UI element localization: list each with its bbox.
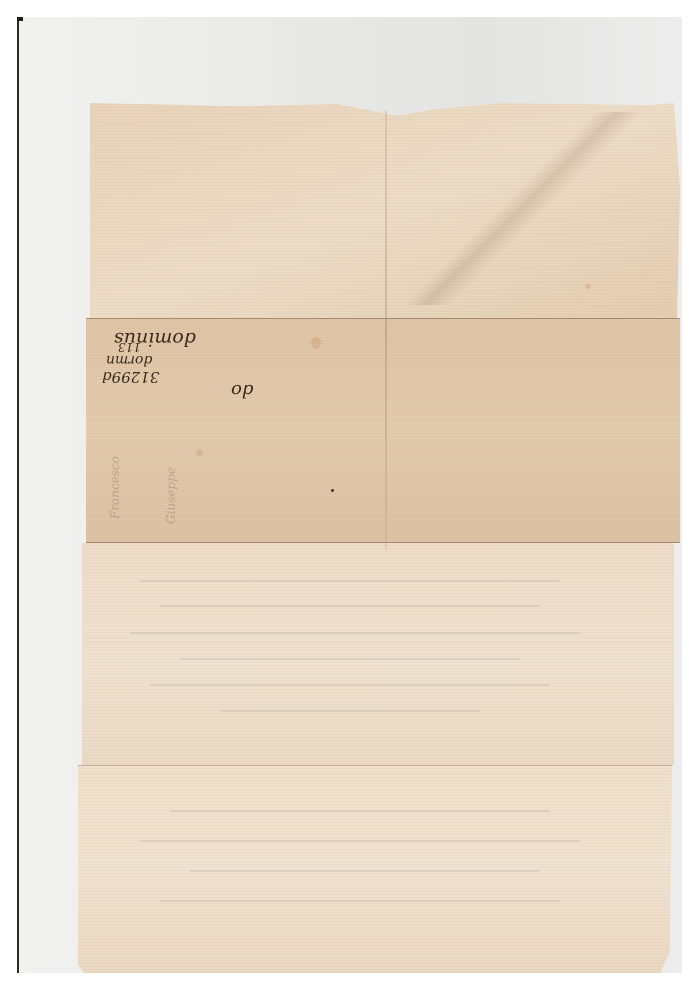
foxing-stain xyxy=(196,449,203,456)
foxing-stain xyxy=(311,337,321,349)
annotation-dormn: dormn xyxy=(106,353,152,367)
bleed-through-text: Giuseppe xyxy=(164,467,178,524)
bleed-through-lines xyxy=(100,560,660,940)
ink-dot xyxy=(331,489,334,492)
annotation-113: 113 xyxy=(118,341,141,353)
bleed-through-text: Francesco xyxy=(108,456,122,519)
paper-crease xyxy=(397,112,645,306)
annotation-do: do xyxy=(231,381,253,399)
annotation-number: 31299d xyxy=(102,369,159,384)
manuscript-sheet: dominus 31299d dormn 113 do Francesco Gi… xyxy=(0,0,700,990)
fold-panel-2: dominus 31299d dormn 113 do Francesco Gi… xyxy=(86,318,680,543)
ink-stain xyxy=(585,283,591,289)
vertical-fold-line xyxy=(385,110,387,550)
